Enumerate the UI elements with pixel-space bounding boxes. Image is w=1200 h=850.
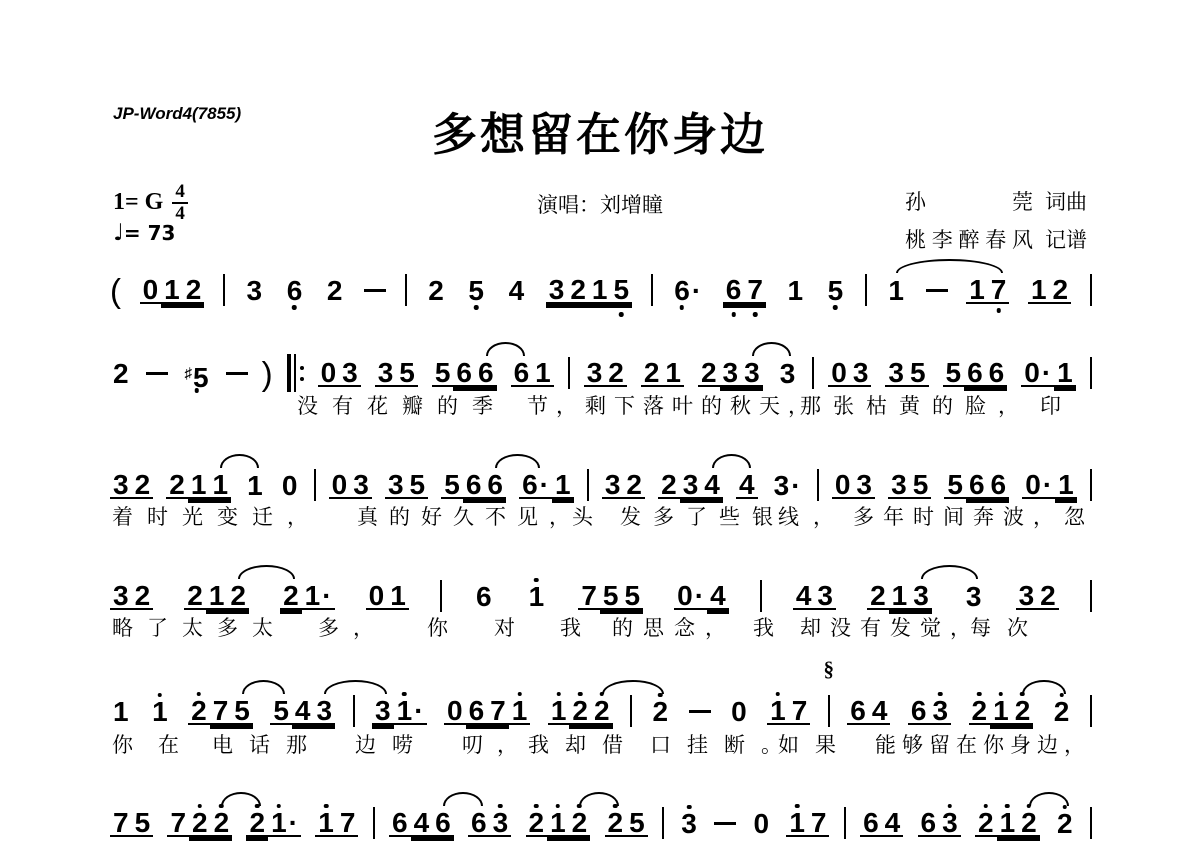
note: 2 [567, 277, 589, 304]
octave-up-dot [977, 692, 982, 697]
note: 6 [860, 810, 882, 837]
lyric-segment: 每次 [970, 612, 1044, 642]
note: 3 [1016, 583, 1038, 610]
note: 3 [680, 472, 702, 499]
music-line: (01236225432156·671511712 [110, 272, 1092, 308]
beam-group: 6·1 [519, 472, 573, 499]
lyric-segment: 线， [778, 501, 848, 531]
beam-group: 35 [385, 472, 428, 499]
octave-down-dot [474, 305, 479, 310]
note: 6· [671, 278, 704, 303]
lyric-segment: 我 [560, 612, 595, 642]
note: 6 [484, 472, 506, 499]
beam-group: 75 [110, 810, 153, 837]
octave-up-dot [578, 692, 583, 697]
beam-group: 722 [167, 810, 232, 837]
note: 1 [509, 698, 531, 725]
beam-group: 212 [969, 698, 1034, 725]
beam-group: 32 [110, 583, 153, 610]
lyric-segment: 头 [572, 501, 607, 531]
beam-group: 17 [767, 698, 810, 725]
note: 2 [184, 583, 206, 610]
beam-group: 03 [828, 360, 871, 387]
barline [844, 807, 846, 839]
note: 1 [889, 583, 911, 610]
note: 5 [622, 583, 644, 610]
augmentation-dot: · [1043, 469, 1052, 500]
note: 7 [210, 698, 232, 725]
note: 1 [784, 278, 806, 303]
octave-up-dot [984, 804, 989, 809]
note: 2 [425, 278, 447, 303]
duration-dash [714, 822, 736, 825]
beam-group: 0·4 [674, 583, 728, 610]
barline [223, 274, 225, 306]
note: 2 [227, 583, 249, 610]
lyric-segment: 边唠 [355, 729, 429, 759]
octave-up-dot [534, 804, 539, 809]
note: 7 [337, 810, 359, 837]
octave-up-dot [938, 692, 943, 697]
octave-down-dot [833, 305, 838, 310]
lyric-segment: 节，剩下落叶的秋天， [527, 390, 817, 420]
note: 6 [473, 584, 495, 609]
lyric-segment: 我却借 [528, 729, 639, 759]
octave-up-dot [324, 804, 329, 809]
note: 2 [591, 698, 613, 725]
barline [1090, 469, 1092, 501]
note: 2 [969, 698, 991, 725]
note: 1 [552, 472, 574, 499]
slur-arc [921, 565, 978, 579]
note: 0· [1022, 472, 1055, 499]
note: 1 [206, 583, 228, 610]
note: 5 [944, 472, 966, 499]
octave-up-dot [795, 804, 800, 809]
augmentation-dot: · [692, 275, 701, 306]
note: 7 [789, 698, 811, 725]
note: 3 [314, 698, 336, 725]
note: 3 [720, 360, 742, 387]
note: 5 [441, 472, 463, 499]
credit-name: 桃李醉春风 [905, 224, 1033, 254]
note: 2 [132, 472, 154, 499]
note: 2 [1012, 698, 1034, 725]
note: 1 [387, 583, 409, 610]
beam-group: 566 [943, 360, 1008, 387]
barline [651, 274, 653, 306]
note: 1 [767, 698, 789, 725]
beam-group: 35 [885, 360, 928, 387]
credit-name-char: 莞 [1012, 186, 1033, 216]
barline [1090, 695, 1092, 727]
note: 6 [966, 472, 988, 499]
slur-arc [443, 792, 483, 806]
credit-name-char: 李 [932, 224, 953, 254]
note: 2 [650, 699, 672, 724]
note: 5 [907, 360, 929, 387]
note: 6 [986, 360, 1008, 387]
beam-group: 17 [786, 810, 829, 837]
note: 6 [964, 360, 986, 387]
beam-group: 21 [641, 360, 684, 387]
octave-down-dot [194, 388, 199, 393]
octave-down-dot [996, 308, 1001, 313]
note: 2 [526, 810, 548, 837]
beam-group: 21· [246, 810, 300, 837]
note: 3 [910, 583, 932, 610]
duration-dash [146, 372, 168, 375]
note: 4 [707, 583, 729, 610]
slur-arc [486, 342, 526, 356]
note: 6 [847, 698, 869, 725]
beam-group: 32 [1016, 583, 1059, 610]
note: 6 [432, 810, 454, 837]
note: 2 [324, 278, 346, 303]
note: 3 [963, 584, 985, 609]
lyric-segment: 的思念， [612, 612, 736, 642]
note: 6 [918, 810, 940, 837]
music-line: 3221221·01617550·443213332 [110, 578, 1092, 614]
barline [1090, 580, 1092, 612]
beam-group: 63 [918, 810, 961, 837]
note: 2 [246, 810, 268, 837]
beam-group: 32 [584, 360, 627, 387]
credit-row: 桃李醉春风记谱 [905, 224, 1087, 254]
beam-group: 17 [966, 277, 1009, 304]
augmentation-dot: · [1042, 357, 1051, 388]
barline [630, 695, 632, 727]
repeat-dots [300, 366, 304, 381]
note: 6 [466, 698, 488, 725]
note: 3 [850, 360, 872, 387]
barline [662, 807, 664, 839]
credit-name: 孙莞 [905, 186, 1033, 216]
note: 6· [519, 472, 552, 499]
lyric-segment: 着时光变迁， [112, 501, 322, 531]
beam-group: 35 [375, 360, 418, 387]
note: 2 [1054, 811, 1076, 836]
beam-group: 122 [548, 698, 613, 725]
barline [314, 469, 316, 501]
note: 7 [487, 698, 509, 725]
note: 1 [662, 360, 684, 387]
note: 3 [602, 472, 624, 499]
note: 1 [997, 810, 1019, 837]
music-line: 322111003355666·13223443·03355660·1 [110, 467, 1092, 503]
note: 1· [302, 583, 335, 610]
note: 2 [641, 360, 663, 387]
beam-group: 03 [318, 360, 361, 387]
octave-down-dot [292, 305, 297, 310]
note: 0 [832, 472, 854, 499]
note: 2 [188, 698, 210, 725]
octave-up-dot [276, 804, 281, 809]
note: 3 [678, 811, 700, 836]
note: 5 [396, 360, 418, 387]
slur-arc [712, 454, 751, 468]
beam-group: 755 [578, 583, 643, 610]
note: 2 [183, 277, 205, 304]
octave-up-dot [556, 692, 561, 697]
repeat-thick-bar [287, 354, 291, 392]
note: 2 [623, 472, 645, 499]
note: 6 [723, 277, 745, 304]
note: 5 [626, 810, 648, 837]
note: 5 [600, 583, 622, 610]
note: 2 [189, 810, 211, 837]
octave-down-dot [680, 305, 685, 310]
note: 5 [132, 810, 154, 837]
lyric-segment: 如果 [778, 729, 852, 759]
note: 3 [546, 277, 568, 304]
slur-arc [495, 454, 539, 468]
barline [1090, 274, 1092, 306]
note: 2 [132, 583, 154, 610]
slur-arc [752, 342, 792, 356]
note: 4 [869, 698, 891, 725]
note: 0· [674, 583, 707, 610]
note: 1 [1055, 472, 1077, 499]
note: 1 [786, 810, 808, 837]
beam-group: 01 [366, 583, 409, 610]
note: 5 [910, 472, 932, 499]
duration-dash [364, 289, 386, 292]
note: 6 [453, 360, 475, 387]
slur-arc [220, 454, 259, 468]
beam-group: 212 [184, 583, 249, 610]
barline [587, 469, 589, 501]
note: 0 [750, 811, 772, 836]
lyric-segment: 能够留在你身边， [875, 729, 1091, 759]
beam-group: 03 [329, 472, 372, 499]
duration-dash [689, 710, 711, 713]
note: 5 [610, 277, 632, 304]
beam-group: 32 [602, 472, 645, 499]
beam-group: 646 [389, 810, 454, 837]
note: 5 [270, 698, 292, 725]
note: 3 [372, 698, 394, 725]
note: 6 [511, 360, 533, 387]
beam-group: 566 [441, 472, 506, 499]
lyric-segment: 那张枯黄的脸， [800, 390, 1031, 420]
octave-up-dot [197, 692, 202, 697]
note: 2 [569, 698, 591, 725]
note: 6 [463, 472, 485, 499]
beam-group: 43 [793, 583, 836, 610]
note: 7 [110, 810, 132, 837]
note: 3 [375, 360, 397, 387]
beam-group: 31· [372, 698, 426, 725]
close-paren: ) [262, 361, 273, 386]
note: ♯5 [182, 361, 212, 386]
beam-group: 3215 [546, 277, 632, 304]
note: 3 [777, 361, 799, 386]
repeat-dot [300, 377, 304, 381]
beam-group: 12 [1028, 277, 1071, 304]
note: 3 [853, 472, 875, 499]
note: 3 [741, 360, 763, 387]
note: 1 [885, 278, 907, 303]
note: 2 [975, 810, 997, 837]
beam-group: 234 [658, 472, 723, 499]
lyric-segment: 口挂断。 [650, 729, 798, 759]
barline [568, 357, 570, 389]
lyric-segment: 发多了些银 [620, 501, 785, 531]
note: 0 [279, 473, 301, 498]
note: 1 [110, 699, 132, 724]
note: 2 [166, 472, 188, 499]
credit-role: 词曲 [1045, 186, 1087, 216]
beam-group: 211 [166, 472, 231, 499]
augmentation-dot: · [695, 580, 704, 611]
lyric-segment: 叨， [462, 729, 532, 759]
note: 2 [211, 810, 233, 837]
note: 4 [882, 810, 904, 837]
beam-group: 61 [511, 360, 554, 387]
note: 6 [468, 810, 490, 837]
note: 6 [284, 278, 306, 303]
octave-up-dot [198, 804, 203, 809]
barline: § [828, 695, 830, 727]
note: 1 [526, 584, 548, 609]
lyric-segment: 没有花瓣的季 [297, 390, 507, 420]
slur-arc [238, 565, 295, 579]
octave-up-dot [498, 804, 503, 809]
tempo-value: = 73 [124, 221, 176, 245]
tempo-marking: ♩= 73 [113, 220, 175, 246]
beam-group: 21· [280, 583, 334, 610]
beam-group: 63 [908, 698, 951, 725]
octave-down-dot [619, 312, 624, 317]
note: 1 [532, 360, 554, 387]
repeat-dot [300, 366, 304, 370]
octave-up-dot [948, 804, 953, 809]
note: 2 [605, 810, 627, 837]
octave-up-dot [999, 692, 1004, 697]
lyric-segment: 印 [1040, 390, 1075, 420]
note: 0 [828, 360, 850, 387]
note: 2 [1037, 583, 1059, 610]
note: 2 [605, 360, 627, 387]
note: 2 [698, 360, 720, 387]
credit-name-char: 桃 [905, 224, 926, 254]
augmentation-dot: · [540, 469, 549, 500]
song-title: 多想留在你身边 [0, 98, 1200, 163]
note: 1 [1054, 360, 1076, 387]
note: 0 [329, 472, 351, 499]
beam-group: 03 [832, 472, 875, 499]
note: 3 [814, 583, 836, 610]
octave-up-dot [158, 693, 163, 698]
note: 7 [988, 277, 1010, 304]
duration-dash [226, 372, 248, 375]
note: 5 [825, 278, 847, 303]
slur-arc [221, 792, 261, 806]
beam-group: 212 [975, 810, 1040, 837]
barline [353, 695, 355, 727]
note: 7 [808, 810, 830, 837]
duration-dash [926, 289, 948, 292]
note: 7 [578, 583, 600, 610]
lyric-segment: 忽 [1064, 501, 1099, 531]
beam-group: 35 [888, 472, 931, 499]
note: 0 [444, 698, 466, 725]
note: 0 [366, 583, 388, 610]
octave-up-dot [776, 692, 781, 697]
beam-group: 0671 [444, 698, 530, 725]
note: 0 [728, 699, 750, 724]
music-line: 1127554331·06711222017§64632122 [110, 693, 1092, 729]
lyric-segment: 电话那 [212, 729, 323, 759]
barline [1090, 357, 1092, 389]
slur-arc [242, 680, 285, 694]
octave-up-dot [517, 692, 522, 697]
note: 6 [988, 472, 1010, 499]
beam-group: 566 [432, 360, 497, 387]
beam-group: 25 [605, 810, 648, 837]
barline [760, 580, 762, 612]
lyric-segment: 在 [158, 729, 193, 759]
note: 3 [339, 360, 361, 387]
note: 7 [167, 810, 189, 837]
note: 2 [658, 472, 680, 499]
credit-name-char: 孙 [905, 186, 926, 216]
repeat-thin-bar [294, 354, 296, 392]
segno-icon: § [824, 657, 835, 682]
sharp-icon: ♯ [185, 365, 193, 382]
slur-arc [602, 680, 665, 694]
note: 3 [110, 472, 132, 499]
note: 4 [793, 583, 815, 610]
lyric-segment: 你 [112, 729, 147, 759]
octave-down-dot [731, 312, 736, 317]
slur-arc [579, 792, 619, 806]
note: 3 [584, 360, 606, 387]
note: 3 [244, 278, 266, 303]
lyric-segment: 你 [427, 612, 462, 642]
note: 1 [244, 473, 266, 498]
barline [405, 274, 407, 306]
note: 5 [231, 698, 253, 725]
note: 7 [744, 277, 766, 304]
note: 6 [475, 360, 497, 387]
note: 3 [885, 360, 907, 387]
beam-group: 64 [847, 698, 890, 725]
lyric-segment: 多年时间奔波， [853, 501, 1063, 531]
beam-group: 64 [860, 810, 903, 837]
beam-group: 17 [315, 810, 358, 837]
augmentation-dot: · [289, 807, 298, 838]
note: 0 [318, 360, 340, 387]
note: 2 [1050, 277, 1072, 304]
barline [865, 274, 867, 306]
beam-group: 543 [270, 698, 335, 725]
barline [1090, 807, 1092, 839]
augmentation-dot: · [322, 580, 331, 611]
note: 4 [506, 278, 528, 303]
lyric-segment: 对 [494, 612, 529, 642]
beam-group: 212 [526, 810, 591, 837]
note: 3 [385, 472, 407, 499]
note: 0· [1021, 360, 1054, 387]
quarter-note-icon: ♩ [113, 220, 124, 246]
slur-arc [1029, 792, 1069, 806]
slur-arc [324, 680, 387, 694]
note: 3 [939, 810, 961, 837]
note: 4 [292, 698, 314, 725]
credits-block: 孙莞词曲桃李醉春风记谱 [905, 186, 1087, 262]
